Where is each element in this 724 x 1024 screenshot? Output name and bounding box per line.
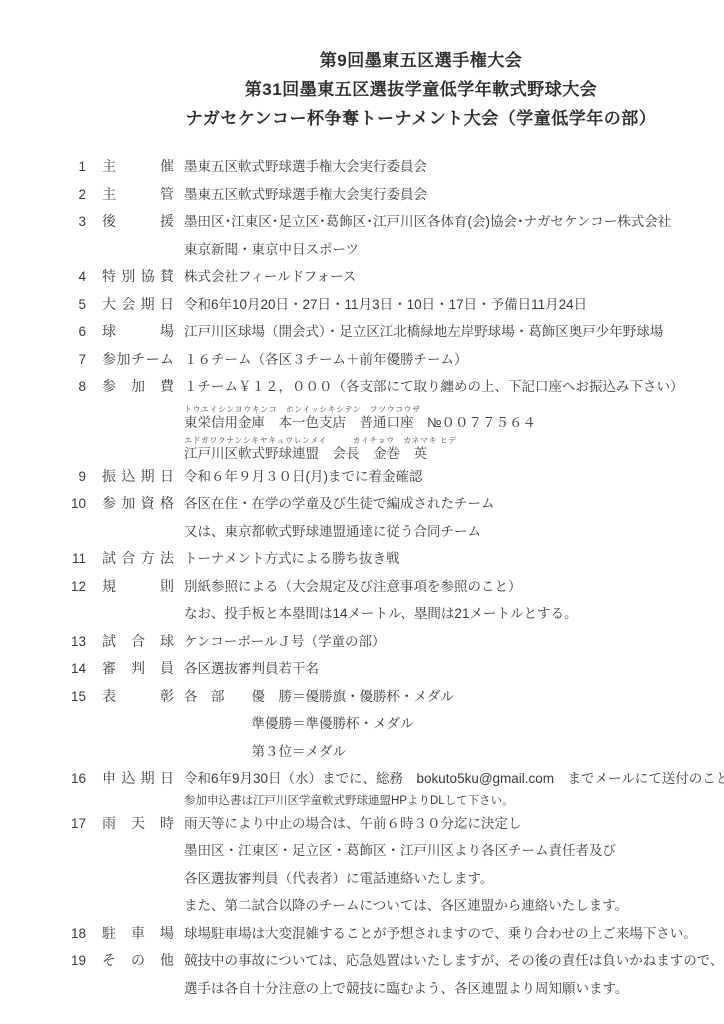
item-row: 9 振込期日 令和６年９月３０日(月)までに着金確認 (62, 463, 710, 491)
item-line: 競技中の事故については、応急処置はいたしますが、その後の責任は負いかねますので、 (184, 947, 710, 975)
item-number: 18 (62, 920, 86, 948)
item-line: 選手は各自十分注意の上で競技に臨むよう、各区連盟より周知願います。 (184, 975, 710, 1003)
item-number: 12 (62, 573, 86, 601)
item-label: 試合方法 (102, 545, 174, 573)
item-row: 11 試合方法 トーナメント方式による勝ち抜き戦 (62, 545, 710, 573)
item-label: 後援 (102, 208, 174, 236)
item-line: １チーム￥１２，０００（各支部にて取り纏めの上、下記口座へお振込み下さい） (184, 373, 710, 401)
item-number: 15 (62, 683, 86, 711)
item-row: 13 試合球 ケンコーボールＪ号（学童の部） (62, 628, 710, 656)
item-content: トーナメント方式による勝ち抜き戦 (184, 545, 710, 573)
item-line: 各 部 優 勝＝優勝旗・優勝杯・メダル (184, 683, 710, 711)
item-number: 11 (62, 545, 86, 573)
item-row: 17 雨天時 雨天等により中止の場合は、午前６時３０分迄に決定し墨田区・江東区・… (62, 810, 710, 920)
item-content: 各区選抜審判員若干名 (184, 655, 710, 683)
item-line: 墨田区･江東区･足立区･葛飾区･江戸川区各体育(会)協会･ナガセケンコー株式会社 (184, 208, 710, 236)
item-content: 別紙参照による（大会規定及び注意事項を参照のこと）なお、投手板と本塁間は14メー… (184, 573, 710, 628)
item-row: 8 参加費 １チーム￥１２，０００（各支部にて取り纏めの上、下記口座へお振込み下… (62, 373, 710, 463)
title-line-2: 第31回墨東五区選抜学童低学年軟式野球大会 (132, 75, 710, 104)
item-line: 各区選抜審判員若干名 (184, 655, 710, 683)
item-row: 6 球場 江戸川区球場（開会式）・足立区江北橋緑地左岸野球場・葛飾区奥戸少年野球… (62, 318, 710, 346)
item-line: 球場駐車場は大変混雑することが予想されますので、乗り合わせの上ご来場下さい。 (184, 920, 710, 948)
item-label: 駐車場 (102, 920, 174, 948)
item-line: 江戸川区軟式野球連盟 会長 金巻 英 (184, 445, 710, 463)
item-content: 各 部 優 勝＝優勝旗・優勝杯・メダル 準優勝＝準優勝杯・メダル 第３位＝メダル (184, 683, 710, 766)
item-label: 主催 (102, 153, 174, 181)
item-number: 2 (62, 181, 86, 209)
item-label: 審判員 (102, 655, 174, 683)
document-title-block: 第9回墨東五区選手権大会 第31回墨東五区選抜学童低学年軟式野球大会 ナガセケン… (132, 46, 710, 133)
item-line: 令和6年9月30日（水）までに、総務 bokuto5ku@gmail.com ま… (184, 765, 710, 793)
title-line-3: ナガセケンコー杯争奪トーナメント大会（学童低学年の部） (132, 104, 710, 133)
item-content: １チーム￥１２，０００（各支部にて取り纏めの上、下記口座へお振込み下さい）トウエ… (184, 373, 710, 463)
item-line: 墨東五区軟式野球選手権大会実行委員会 (184, 153, 710, 181)
item-line: 第３位＝メダル (184, 738, 710, 766)
item-row: 1 主催 墨東五区軟式野球選手権大会実行委員会 (62, 153, 710, 181)
item-number: 3 (62, 208, 86, 236)
item-row: 19 その他 競技中の事故については、応急処置はいたしますが、その後の責任は負い… (62, 947, 710, 1002)
item-label: 試合球 (102, 628, 174, 656)
item-content: 江戸川区球場（開会式）・足立区江北橋緑地左岸野球場・葛飾区奥戸少年野球場 (184, 318, 710, 346)
item-number: 7 (62, 346, 86, 374)
item-line: 各区在住・在学の学童及び生徒で編成されたチーム (184, 490, 710, 518)
item-number: 4 (62, 263, 86, 291)
item-row: 12 規則 別紙参照による（大会規定及び注意事項を参照のこと）なお、投手板と本塁… (62, 573, 710, 628)
item-line: 雨天等により中止の場合は、午前６時３０分迄に決定し (184, 810, 710, 838)
item-number: 10 (62, 490, 86, 518)
item-content: 球場駐車場は大変混雑することが予想されますので、乗り合わせの上ご来場下さい。 (184, 920, 710, 948)
item-label: 球場 (102, 318, 174, 346)
item-line: 江戸川区球場（開会式）・足立区江北橋緑地左岸野球場・葛飾区奥戸少年野球場 (184, 318, 710, 346)
item-label: 主管 (102, 181, 174, 209)
item-line: 又は、東京都軟式野球連盟通達に従う合同チーム (184, 518, 710, 546)
item-content: ケンコーボールＪ号（学童の部） (184, 628, 710, 656)
item-number: 19 (62, 947, 86, 975)
item-row: 10 参加資格 各区在住・在学の学童及び生徒で編成されたチーム又は、東京都軟式野… (62, 490, 710, 545)
item-row: 5 大会期日 令和6年10月20日・27日・11月3日・10日・17日・予備日1… (62, 291, 710, 319)
item-line: また、第二試合以降のチームについては、各区連盟から連絡いたします。 (184, 892, 710, 920)
item-line: 株式会社フィールドフォース (184, 263, 710, 291)
item-number: 5 (62, 291, 86, 319)
item-line: １６チーム（各区３チーム＋前年優勝チーム） (184, 346, 710, 374)
item-row: 18 駐車場 球場駐車場は大変混雑することが予想されますので、乗り合わせの上ご来… (62, 920, 710, 948)
item-label: 振込期日 (102, 463, 174, 491)
item-content: 墨田区･江東区･足立区･葛飾区･江戸川区各体育(会)協会･ナガセケンコー株式会社… (184, 208, 710, 263)
item-row: 14 審判員 各区選抜審判員若干名 (62, 655, 710, 683)
item-line: エドガワクナンシキヤキュウレンメイ カイチョウ カネマキ ヒデ (184, 436, 710, 445)
item-content: １６チーム（各区３チーム＋前年優勝チーム） (184, 346, 710, 374)
item-label: 雨天時 (102, 810, 174, 838)
item-label: 参加チーム (102, 346, 174, 374)
item-line: ケンコーボールＪ号（学童の部） (184, 628, 710, 656)
item-line: 別紙参照による（大会規定及び注意事項を参照のこと） (184, 573, 710, 601)
item-line: 令和６年９月３０日(月)までに着金確認 (184, 463, 710, 491)
item-content: 雨天等により中止の場合は、午前６時３０分迄に決定し墨田区・江東区・足立区・葛飾区… (184, 810, 710, 920)
item-content: 令和６年９月３０日(月)までに着金確認 (184, 463, 710, 491)
item-label: 表彰 (102, 683, 174, 711)
item-line: トーナメント方式による勝ち抜き戦 (184, 545, 710, 573)
item-content: 墨東五区軟式野球選手権大会実行委員会 (184, 153, 710, 181)
item-number: 1 (62, 153, 86, 181)
item-number: 6 (62, 318, 86, 346)
item-line: 各区選抜審判員（代表者）に電話連絡いたします。 (184, 865, 710, 893)
item-number: 17 (62, 810, 86, 838)
item-line: トウエイシンヨウキンコ ホンイッシキシテン フツウコウザ (184, 405, 710, 414)
items-list: 1 主催 墨東五区軟式野球選手権大会実行委員会 2 主管 墨東五区軟式野球選手権… (62, 153, 710, 1002)
item-row: 3 後援 墨田区･江東区･足立区･葛飾区･江戸川区各体育(会)協会･ナガセケンコ… (62, 208, 710, 263)
item-number: 8 (62, 373, 86, 401)
item-line: 墨田区・江東区・足立区・葛飾区・江戸川区より各区チーム責任者及び (184, 837, 710, 865)
item-label: 参加資格 (102, 490, 174, 518)
item-row: 4 特別協賛 株式会社フィールドフォース (62, 263, 710, 291)
item-row: 16 申込期日 令和6年9月30日（水）までに、総務 bokuto5ku@gma… (62, 765, 710, 810)
item-row: 15 表彰 各 部 優 勝＝優勝旗・優勝杯・メダル 準優勝＝準優勝杯・メダル 第… (62, 683, 710, 766)
item-content: 各区在住・在学の学童及び生徒で編成されたチーム又は、東京都軟式野球連盟通達に従う… (184, 490, 710, 545)
item-row: 2 主管 墨東五区軟式野球選手権大会実行委員会 (62, 181, 710, 209)
item-label: 大会期日 (102, 291, 174, 319)
item-number: 16 (62, 765, 86, 793)
item-line: 準優勝＝準優勝杯・メダル (184, 710, 710, 738)
item-label: 申込期日 (102, 765, 174, 793)
item-content: 令和6年10月20日・27日・11月3日・10日・17日・予備日11月24日 (184, 291, 710, 319)
item-line: 東栄信用金庫 本一色支店 普通口座 №００７７５６４ (184, 414, 710, 432)
item-number: 13 (62, 628, 86, 656)
item-line: 参加申込書は江戸川区学童軟式野球連盟HPよりDLして下さい。 (184, 793, 710, 810)
item-content: 競技中の事故については、応急処置はいたしますが、その後の責任は負いかねますので、… (184, 947, 710, 1002)
item-label: その他 (102, 947, 174, 975)
item-label: 参加費 (102, 373, 174, 401)
item-line: 東京新聞・東京中日スポーツ (184, 236, 710, 264)
item-row: 7 参加チーム １６チーム（各区３チーム＋前年優勝チーム） (62, 346, 710, 374)
item-label: 特別協賛 (102, 263, 174, 291)
item-content: 墨東五区軟式野球選手権大会実行委員会 (184, 181, 710, 209)
item-number: 14 (62, 655, 86, 683)
item-line: 令和6年10月20日・27日・11月3日・10日・17日・予備日11月24日 (184, 291, 710, 319)
title-line-1: 第9回墨東五区選手権大会 (132, 46, 710, 75)
item-label: 規則 (102, 573, 174, 601)
item-content: 令和6年9月30日（水）までに、総務 bokuto5ku@gmail.com ま… (184, 765, 710, 810)
item-line: 墨東五区軟式野球選手権大会実行委員会 (184, 181, 710, 209)
document-page: 第9回墨東五区選手権大会 第31回墨東五区選抜学童低学年軟式野球大会 ナガセケン… (0, 0, 724, 1024)
item-number: 9 (62, 463, 86, 491)
item-content: 株式会社フィールドフォース (184, 263, 710, 291)
item-line: なお、投手板と本塁間は14メートル、塁間は21メートルとする。 (184, 600, 710, 628)
